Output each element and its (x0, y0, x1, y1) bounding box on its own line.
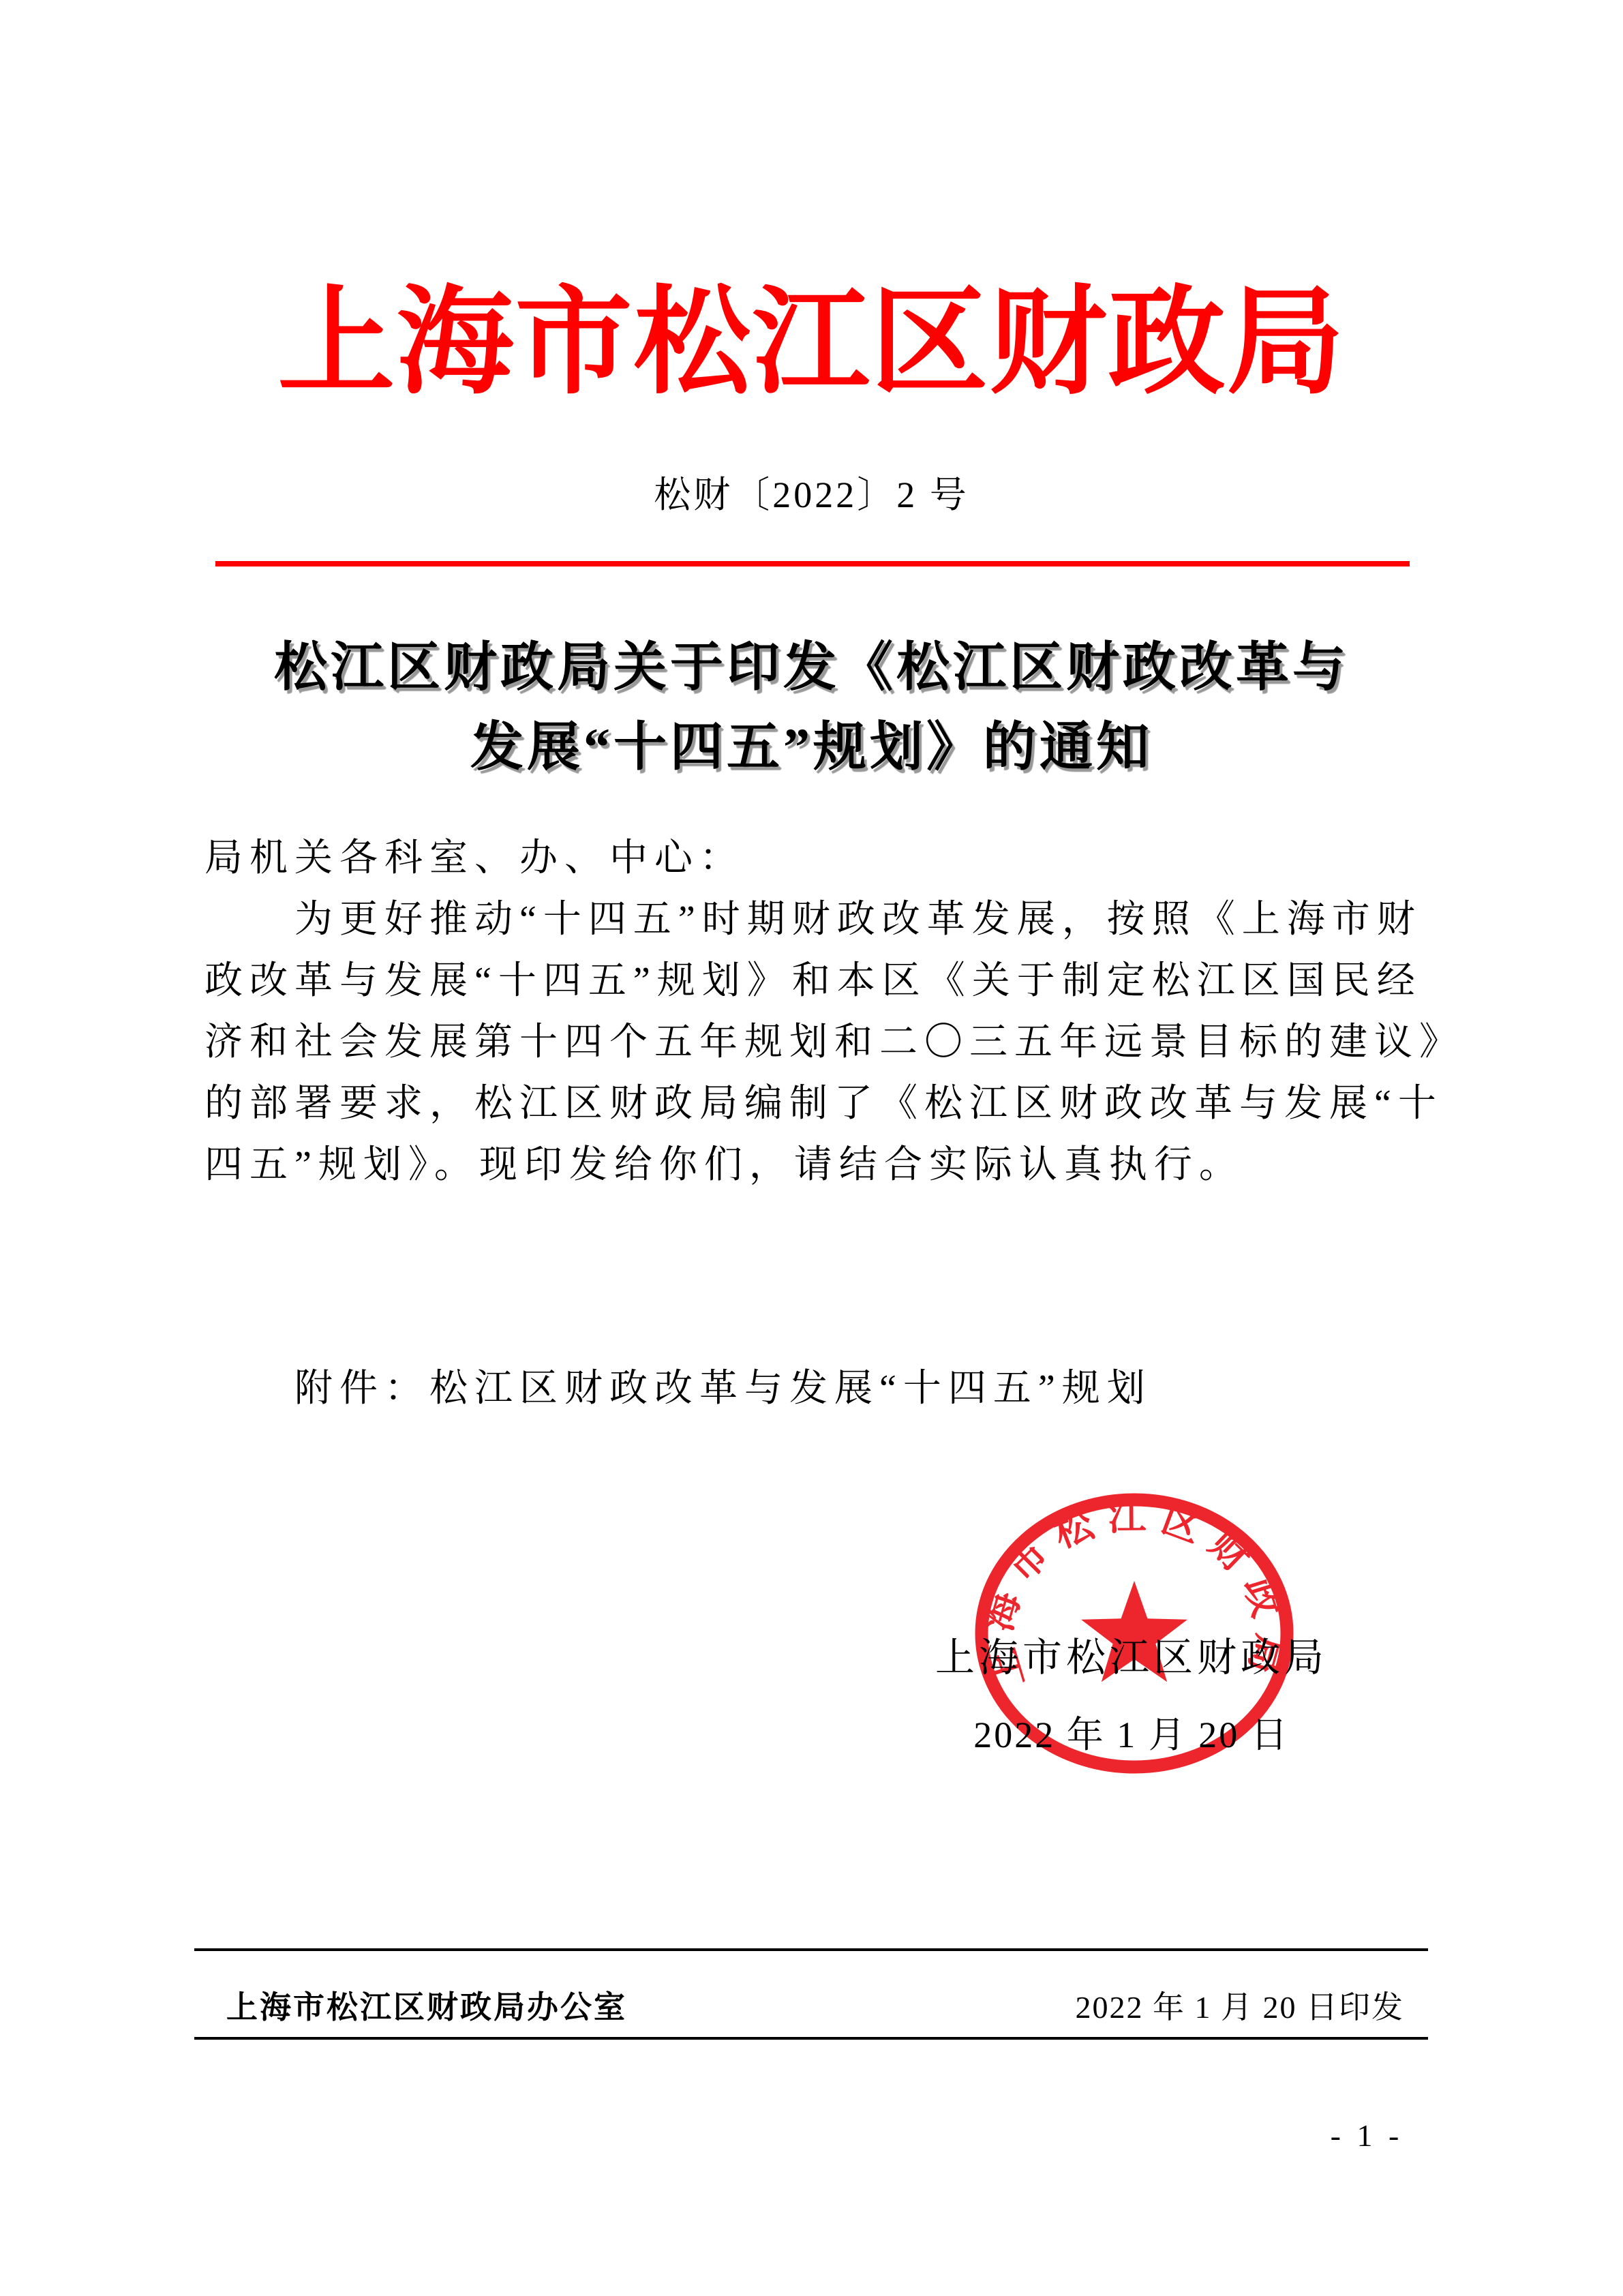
footer-issuing-office: 上海市松江区财政局办公室 (226, 1982, 627, 2027)
agency-masthead-title: 上海市松江区财政局 (0, 285, 1623, 402)
body-line: 政改革与发展“十四五”规划》和本区《关于制定松江区国民经 (204, 950, 1431, 1012)
notice-title: 松江区财政局关于印发《松江区财政改革与 发展“十四五”规划》的通知 (0, 627, 1623, 787)
footer-rule-bottom (194, 2037, 1428, 2040)
official-seal: 上海市松江区财政局 (954, 1483, 1315, 1804)
document-number: 松财〔2022〕2 号 (0, 473, 1623, 517)
page-number: - 1 - (1299, 2117, 1435, 2154)
salutation-line: 局机关各科室、办、中心： (204, 828, 1431, 889)
notice-title-line2: 发展“十四五”规划》的通知 (0, 707, 1623, 787)
seal-star-icon (1081, 1581, 1187, 1682)
body-line: 为更好推动“十四五”时期财政改革发展，按照《上海市财 (204, 889, 1431, 950)
body-line: 的部署要求，松江区财政局编制了《松江区财政改革与发展“十 (204, 1073, 1431, 1134)
notice-body: 局机关各科室、办、中心： 为更好推动“十四五”时期财政改革发展，按照《上海市财 … (204, 828, 1431, 1196)
attachment-line: 附件：松江区财政改革与发展“十四五”规划 (294, 1358, 1152, 1419)
notice-title-line1: 松江区财政局关于印发《松江区财政改革与 (0, 627, 1623, 707)
footer-rule-top (194, 1948, 1428, 1951)
seal-graphic: 上海市松江区财政局 (954, 1483, 1315, 1804)
footer-print-date: 2022 年 1 月 20 日印发 (1076, 1982, 1405, 2027)
red-separator-rule (215, 561, 1410, 567)
body-line: 济和社会发展第十四个五年规划和二〇三五年远景目标的建议》 (204, 1012, 1431, 1073)
body-line: 四五”规划》。现印发给你们，请结合实际认真执行。 (204, 1134, 1431, 1196)
document-page: 上海市松江区财政局 松财〔2022〕2 号 松江区财政局关于印发《松江区财政改革… (0, 0, 1623, 2296)
